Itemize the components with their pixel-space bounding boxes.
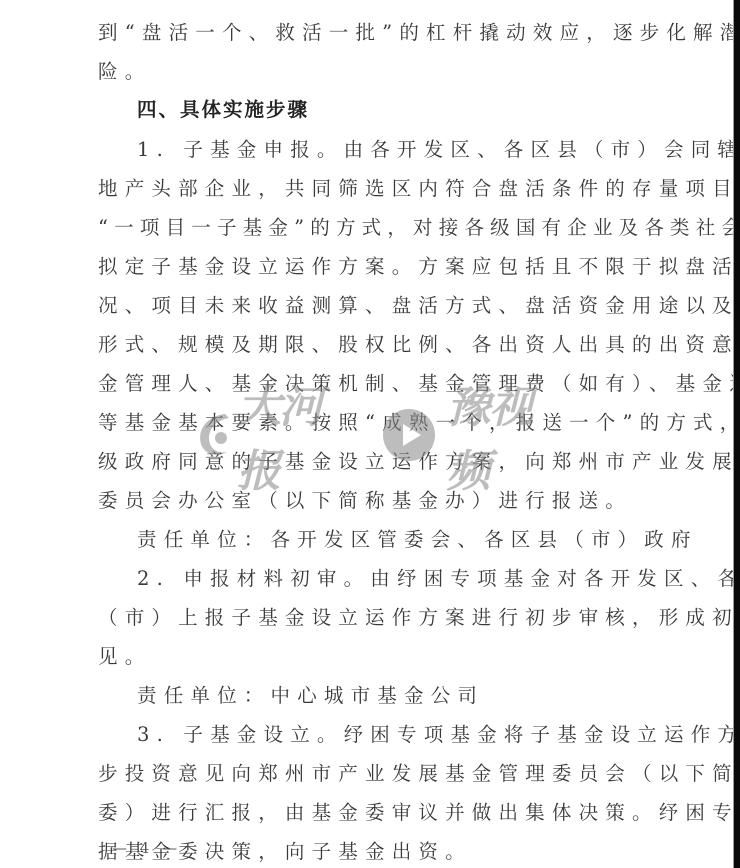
document-page: 到“盘活一个、救活一批”的杠杆撬动效应，逐步化解潜在风 险。 四、具体实施步骤 …: [0, 0, 734, 868]
paragraph-line: 级政府同意的子基金设立运作方案，向郑州市产业发展基金管理: [98, 447, 638, 477]
paragraph-line: 金管理人、基金决策机制、基金管理费（如有）、基金退出方式: [98, 369, 638, 399]
paragraph-line: “一项目一子基金”的方式，对接各级国有企业及各类社会资本，: [98, 213, 638, 243]
paragraph-line: 委）进行汇报，由基金委审议并做出集体决策。纾困专项基金根: [98, 798, 638, 828]
paragraph-line: 险。: [98, 57, 638, 87]
paragraph-line: 2. 申报材料初审。由纾困专项基金对各开发区、各区县: [137, 564, 638, 594]
paragraph-line: 等基金基本要素。按照“成熟一个，报送一个”的方式，将经本: [98, 408, 638, 438]
paragraph-line: （市）上报子基金设立运作方案进行初步审核，形成初步投资意: [98, 603, 638, 633]
paragraph-line: 步投资意见向郑州市产业发展基金管理委员会（以下简称基金: [98, 759, 638, 789]
paragraph-line: 到“盘活一个、救活一批”的杠杆撬动效应，逐步化解潜在风: [98, 18, 638, 48]
paragraph-line: 3. 子基金设立。纾困专项基金将子基金设立运作方案及初: [137, 720, 638, 750]
paragraph-line: 形式、规模及期限、股权比例、各出资人出具的出资意向函、基: [98, 330, 638, 360]
paragraph-line: 拟定子基金设立运作方案。方案应包括且不限于拟盘活项目情: [98, 252, 638, 282]
paragraph-line: 况、项目未来收益测算、盘活方式、盘活资金用途以及基金组织: [98, 291, 638, 321]
responsible-unit-line: 责任单位：中心城市基金公司: [137, 681, 638, 711]
section-heading: 四、具体实施步骤: [137, 95, 309, 125]
paragraph-line: 委员会办公室（以下简称基金办）进行报送。: [98, 486, 638, 516]
paragraph-line: 地产头部企业，共同筛选区内符合盘活条件的存量项目，按照: [98, 174, 638, 204]
right-border-strip: [734, 0, 740, 868]
responsible-unit-line: 责任单位：各开发区管委会、各区县（市）政府: [137, 525, 638, 555]
page-number: — 4 —: [112, 838, 181, 858]
paragraph-line: 1. 子基金申报。由各开发区、各区县（市）会同辖区内房: [137, 135, 638, 165]
paragraph-line: 见。: [98, 642, 638, 672]
